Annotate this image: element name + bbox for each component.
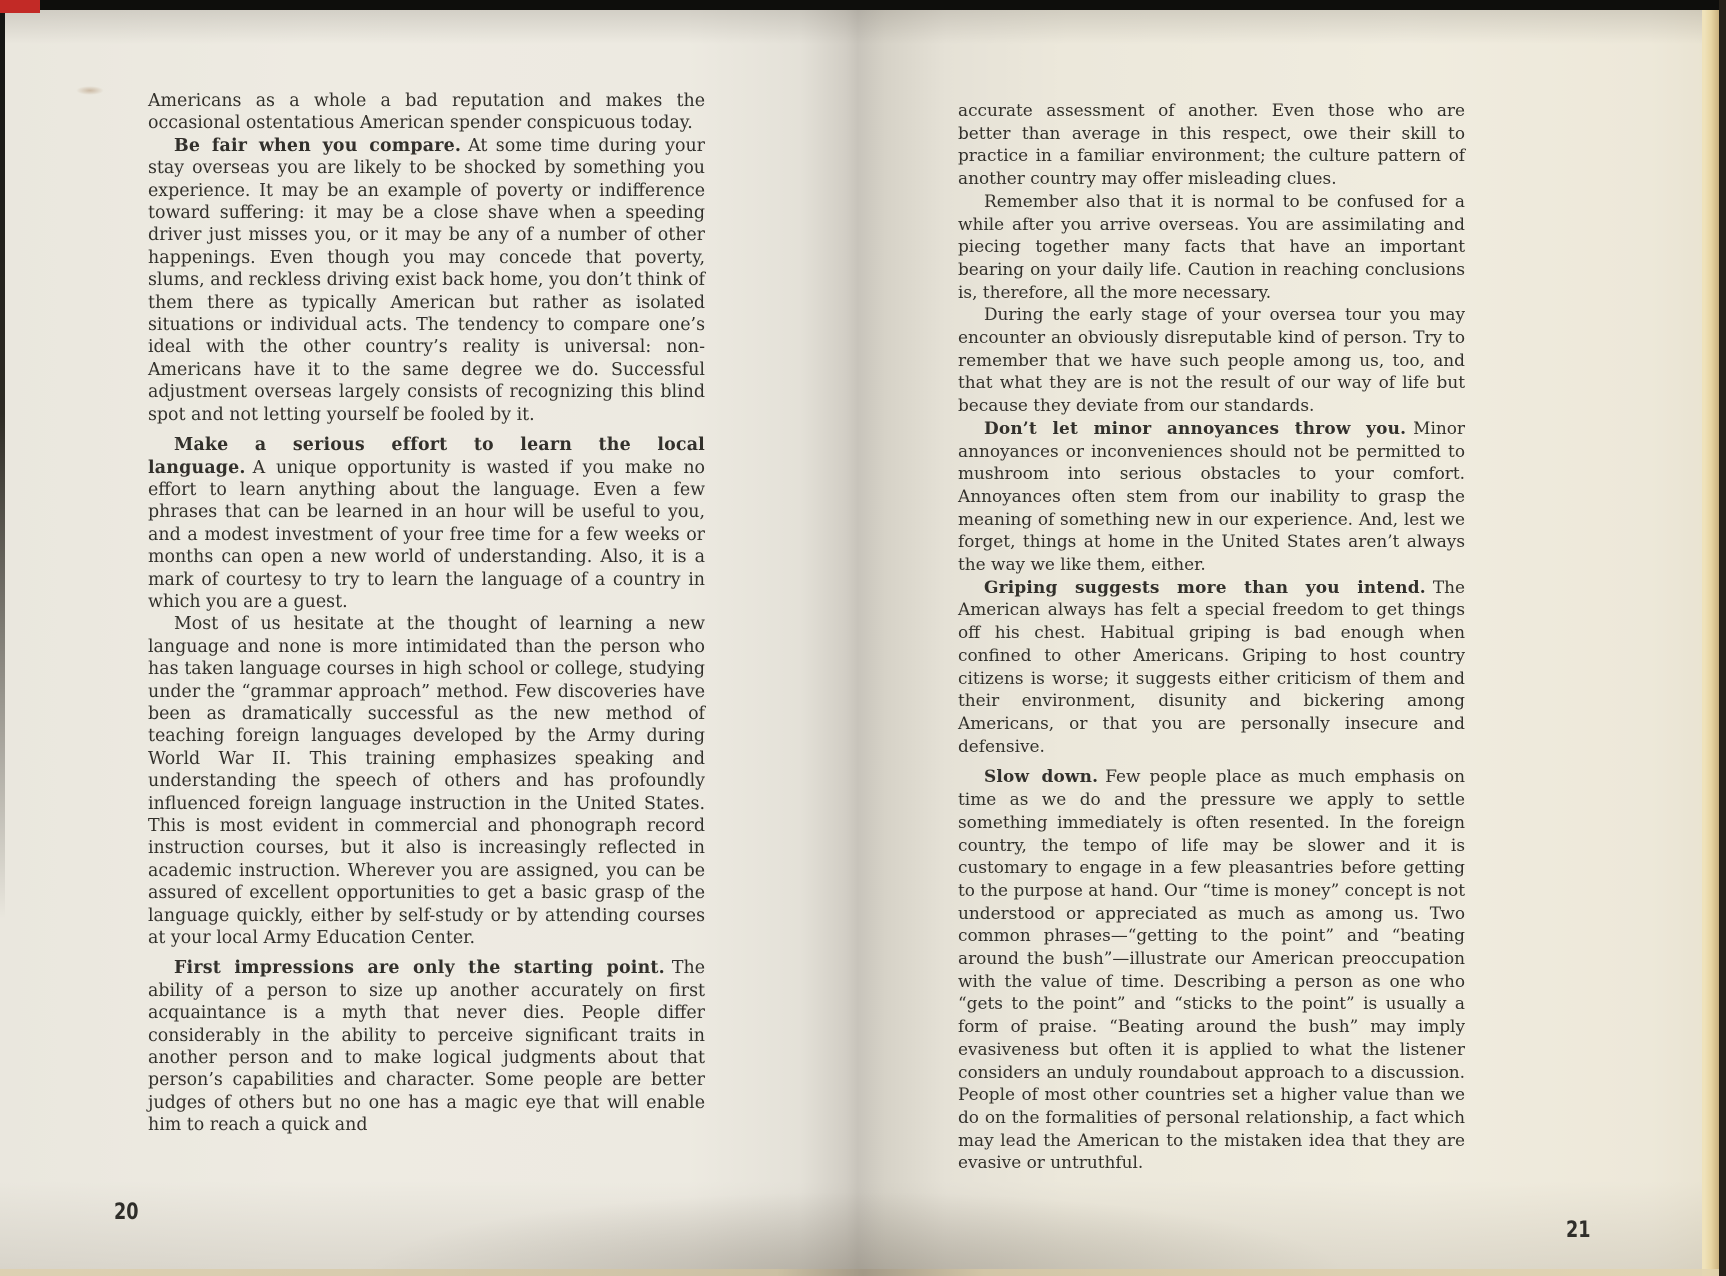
paragraph-heading: Be fair when you compare. [174,136,461,156]
paragraph: Don’t let minor annoyances throw you.Min… [958,417,1465,576]
paragraph-text: A unique opportunity is wasted if you ma… [148,458,705,612]
paragraph: Slow down.Few people place as much empha… [958,765,1465,1174]
paragraph-heading: Slow down. [984,766,1098,786]
paragraph: Remember also that it is normal to be co… [958,190,1465,304]
corner-red-mark [0,0,40,13]
book-scan: Americans as a whole a bad reputation an… [0,0,1726,1276]
paragraph-text: Few people place as much emphasis on tim… [958,766,1465,1172]
page-number-left: 20 [114,1200,139,1225]
paragraph-text: Minor annoyances or inconveniences shoul… [958,418,1465,574]
paragraph: accurate assessment of another. Even tho… [958,99,1465,190]
paragraph-heading: Griping suggests more than you intend. [984,577,1426,597]
paragraph: Americans as a whole a bad reputation an… [148,90,705,135]
paragraph-text: accurate assessment of another. Even tho… [958,100,1465,188]
paragraph-heading: Don’t let minor annoyances throw you. [984,418,1406,438]
paragraph: Griping suggests more than you intend.Th… [958,576,1465,758]
paragraph-text: The American always has felt a special f… [958,577,1465,756]
page-number-right: 21 [1566,1218,1591,1243]
paragraph-text: Americans as a whole a bad reputation an… [148,91,705,133]
paragraph: During the early stage of your oversea t… [958,303,1465,417]
paragraph-text: Most of us hesitate at the thought of le… [148,614,705,948]
paragraph-text: During the early stage of your oversea t… [958,304,1465,415]
paragraph-text: The ability of a person to size up anoth… [148,958,705,1135]
paragraph: Most of us hesitate at the thought of le… [148,613,705,949]
right-edge [1719,0,1726,1276]
paragraph-text: At some time during your stay overseas y… [148,136,705,425]
left-edge [0,0,5,919]
paragraph-text: Remember also that it is normal to be co… [958,191,1465,302]
page-edge-stack [1702,10,1719,1276]
bottom-shadow [0,1181,1719,1276]
bottom-page-edge [0,1269,1726,1276]
top-edge [0,0,1726,10]
paragraph: First impressions are only the starting … [148,957,705,1136]
left-page-text: Americans as a whole a bad reputation an… [148,90,705,1137]
paragraph-heading: First impressions are only the starting … [174,958,665,978]
paragraph: Make a serious effort to learn the local… [148,434,705,613]
paper-smudge [76,86,104,95]
right-page-text: accurate assessment of another. Even tho… [958,99,1465,1174]
paragraph: Be fair when you compare.At some time du… [148,135,705,426]
